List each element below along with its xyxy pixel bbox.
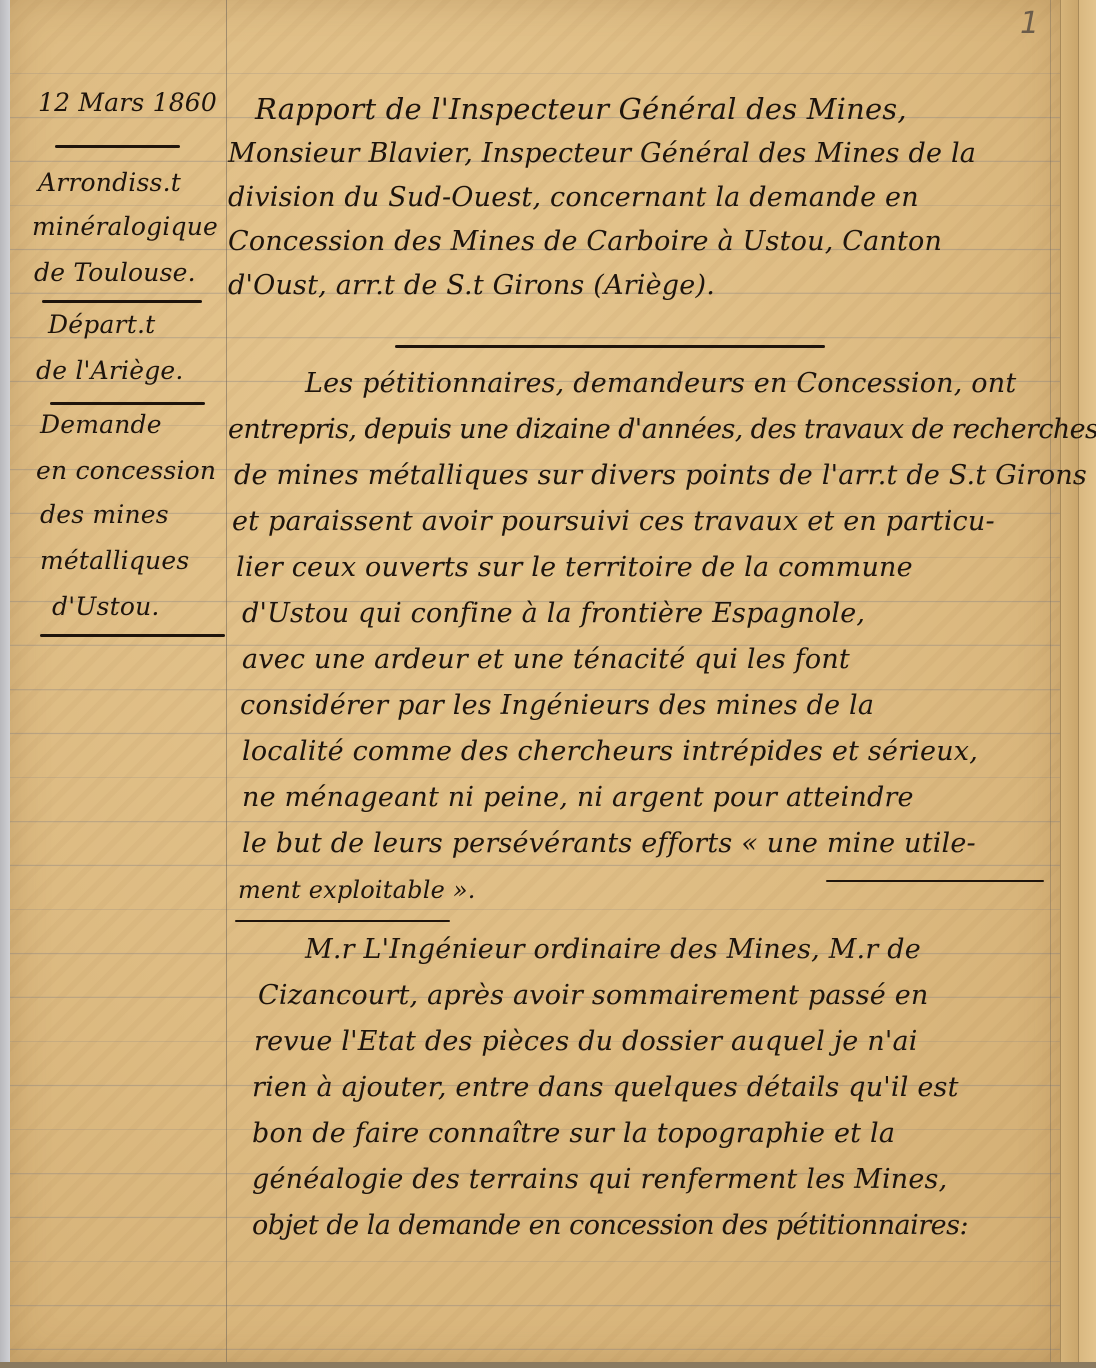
- right-margin-rule: [1050, 0, 1051, 1362]
- margin-subject-1: Demande: [40, 410, 162, 439]
- margin-subject-5: d'Ustou.: [52, 592, 160, 621]
- p1-line-3: de mines métalliques sur divers points d…: [234, 460, 1087, 491]
- heading-line-1: Rapport de l'Inspecteur Général des Mine…: [255, 92, 907, 126]
- p1-line-2: entrepris, depuis une dizaine d'années, …: [228, 414, 1096, 445]
- heading-divider: [395, 345, 825, 348]
- underline-exploitable: [235, 920, 450, 922]
- p2-line-5: bon de faire connaître sur la topographi…: [252, 1118, 895, 1149]
- margin-subject-2: en concession: [36, 456, 216, 485]
- heading-line-5: d'Oust, arr.t de S.t Girons (Ariège).: [228, 270, 715, 301]
- margin-divider: [42, 300, 202, 303]
- underlying-page-edge-2: [1078, 0, 1096, 1362]
- scan-left-edge: [0, 0, 10, 1362]
- p1-line-5: lier ceux ouverts sur le territoire de l…: [236, 552, 913, 583]
- p2-line-1: M.r L'Ingénieur ordinaire des Mines, M.r…: [305, 934, 921, 965]
- page-number: 1: [1020, 6, 1039, 41]
- margin-arrondissement-2: minéralogique: [32, 212, 218, 241]
- margin-divider: [40, 634, 225, 637]
- margin-date: 12 Mars 1860: [38, 88, 217, 117]
- p1-line-1: Les pétitionnaires, demandeurs en Conces…: [305, 368, 1016, 399]
- p1-line-10: ne ménageant ni peine, ni argent pour at…: [242, 782, 914, 813]
- margin-divider: [50, 402, 205, 405]
- margin-rule: [226, 0, 227, 1362]
- p1-line-7: avec une ardeur et une ténacité qui les …: [242, 644, 850, 675]
- underlying-page-edge: [1060, 0, 1079, 1362]
- margin-subject-4: métalliques: [40, 546, 189, 575]
- p1-line-6: d'Ustou qui confine à la frontière Espag…: [242, 598, 865, 629]
- heading-line-2: Monsieur Blavier, Inspecteur Général des…: [228, 138, 976, 169]
- heading-line-4: Concession des Mines de Carboire à Ustou…: [228, 226, 942, 257]
- p1-line-11: le but de leurs persévérants efforts « u…: [242, 828, 976, 859]
- margin-departement-2: de l'Ariège.: [36, 356, 184, 385]
- p2-line-2: Cizancourt, après avoir sommairement pas…: [258, 980, 929, 1011]
- margin-divider: [55, 145, 180, 148]
- p2-line-6: généalogie des terrains qui renferment l…: [252, 1164, 947, 1195]
- heading-line-3: division du Sud-Ouest, concernant la dem…: [228, 182, 919, 213]
- underline-une-mine-utile: [826, 880, 1044, 882]
- margin-departement-1: Départ.t: [48, 310, 155, 339]
- p1-line-8: considérer par les Ingénieurs des mines …: [240, 690, 874, 721]
- p1-line-4: et paraissent avoir poursuivi ces travau…: [232, 506, 995, 537]
- margin-subject-3: des mines: [40, 500, 169, 529]
- margin-arrondissement-3: de Toulouse.: [34, 258, 196, 287]
- p1-line-9: localité comme des chercheurs intrépides…: [242, 736, 978, 767]
- p2-line-7: objet de la demande en concession des pé…: [252, 1210, 968, 1241]
- margin-arrondissement-1: Arrondiss.t: [38, 168, 181, 197]
- p1-line-12: ment exploitable ».: [238, 876, 476, 904]
- p2-line-4: rien à ajouter, entre dans quelques déta…: [252, 1072, 959, 1103]
- p2-line-3: revue l'Etat des pièces du dossier auque…: [254, 1026, 918, 1057]
